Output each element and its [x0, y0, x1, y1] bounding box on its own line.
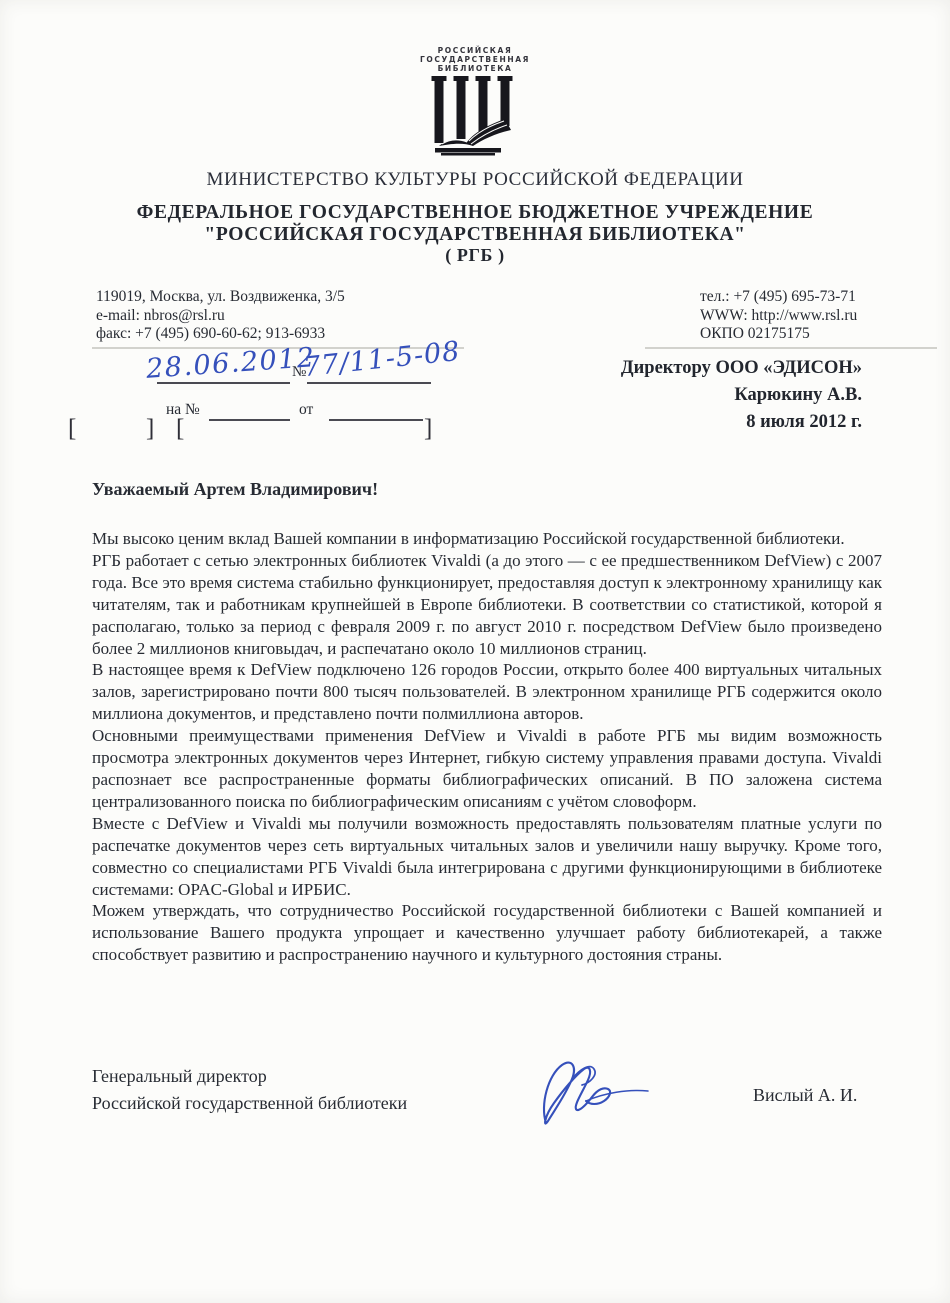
recipient-block: Директору ООО «ЭДИСОН» Карюкину А.В. 8 и…: [621, 355, 862, 436]
body-paragraph: РГБ работает с сетью электронных библиот…: [92, 550, 882, 660]
rsl-logo-text-line: ГОСУДАРСТВЕННАЯ: [0, 55, 950, 64]
rsl-logo-text-line: РОССИЙСКАЯ: [0, 46, 950, 55]
library-columns-book-icon: [425, 76, 525, 158]
letter-date: 8 июля 2012 г.: [621, 409, 862, 436]
www-line: WWW: http://www.rsl.ru: [700, 307, 857, 326]
fax-line: факс: +7 (495) 690-60-62; 913-6933: [96, 325, 345, 344]
phone-line: тел.: +7 (495) 695-73-71: [700, 288, 857, 307]
reply-from-label: от: [299, 401, 313, 419]
ministry-heading: МИНИСТЕРСТВО КУЛЬТУРЫ РОССИЙСКОЙ ФЕДЕРАЦ…: [0, 169, 950, 191]
organization-line1: ФЕДЕРАЛЬНОЕ ГОСУДАРСТВЕННОЕ БЮДЖЕТНОЕ УЧ…: [0, 202, 950, 224]
reply-number-blank-line: [209, 419, 290, 421]
corner-mark: ]: [424, 415, 432, 443]
letterhead-rule-right: [645, 347, 937, 349]
corner-mark: ]: [146, 415, 154, 443]
email-line: e-mail: nbros@rsl.ru: [96, 307, 345, 326]
body-paragraph: Основными преимуществами применения DefV…: [92, 725, 882, 813]
recipient-name: Карюкину А.В.: [621, 382, 862, 409]
body-paragraph: Можем утверждать, что сотрудничество Рос…: [92, 900, 882, 966]
body-paragraph: В настоящее время к DefView подключено 1…: [92, 659, 882, 725]
organization-abbr: ( РГБ ): [0, 245, 950, 267]
postal-address: 119019, Москва, ул. Воздвиженка, 3/5: [96, 288, 345, 307]
organization-heading: ФЕДЕРАЛЬНОЕ ГОСУДАРСТВЕННОЕ БЮДЖЕТНОЕ УЧ…: [0, 202, 950, 267]
body-paragraph: Вместе с DefView и Vivaldi мы получили в…: [92, 813, 882, 901]
organization-line2: "РОССИЙСКАЯ ГОСУДАРСТВЕННАЯ БИБЛИОТЕКА": [0, 224, 950, 246]
body-paragraph: Мы высоко ценим вклад Вашей компании в и…: [92, 528, 882, 550]
signer-name: Вислый А. И.: [753, 1085, 857, 1106]
okpo-line: ОКПО 02175175: [700, 325, 857, 344]
corner-mark: [: [176, 415, 184, 443]
letter-body: Мы высоко ценим вклад Вашей компании в и…: [92, 528, 882, 966]
number-blank-line: [307, 382, 431, 384]
salutation: Уважаемый Артем Владимирович!: [92, 479, 378, 500]
reply-date-blank-line: [329, 419, 423, 421]
handwritten-signature-icon: [528, 1045, 658, 1135]
contacts-block: тел.: +7 (495) 695-73-71 WWW: http://www…: [700, 288, 857, 344]
signer-title-line2: Российской государственной библиотеки: [92, 1090, 407, 1117]
corner-mark: [: [68, 415, 76, 443]
rsl-logo: РОССИЙСКАЯ ГОСУДАРСТВЕННАЯ БИБЛИОТЕКА: [0, 46, 950, 163]
scanned-letter-page: РОССИЙСКАЯ ГОСУДАРСТВЕННАЯ БИБЛИОТЕКА: [0, 0, 950, 1303]
recipient-title: Директору ООО «ЭДИСОН»: [621, 355, 862, 382]
address-block: 119019, Москва, ул. Воздвиженка, 3/5 e-m…: [96, 288, 345, 344]
signer-title-line1: Генеральный директор: [92, 1063, 407, 1090]
signer-title: Генеральный директор Российской государс…: [92, 1063, 407, 1117]
rsl-logo-text-line: БИБЛИОТЕКА: [0, 64, 950, 73]
